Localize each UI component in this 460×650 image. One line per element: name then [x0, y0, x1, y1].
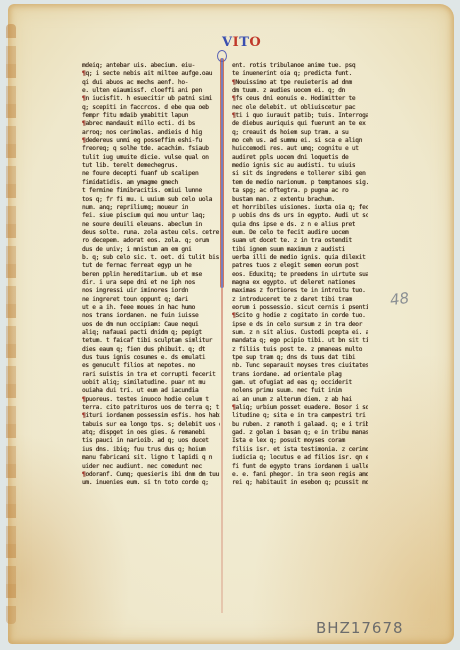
text-line: ¶Nouissimo at tpe reuieteris ad dnm [232, 79, 368, 87]
text-line: Ista e lex q; posuit moyses coram [232, 437, 368, 445]
text-line: de diebus auriquis qui fuerunt an te ex … [232, 120, 368, 128]
text-line-content: ti i quo iurauit patib; tuis. Interroga [235, 112, 368, 119]
pen-flourish [220, 58, 224, 288]
text-line: fi funt de egypto trans iordanem i ualle [232, 463, 368, 471]
text-line: t fermine fimibracitis. omiui lunne [82, 187, 220, 195]
text-line: uider nec audiunt. nec comedunt nec [82, 463, 220, 471]
text-line-content: abrec mandauit millo ecti. di bs [85, 120, 195, 127]
text-line: deus solte. runa. zola asteu cels. cetre [82, 229, 220, 237]
pencil-folio-mark: 48 [389, 289, 410, 309]
text-line: maximas z fortiores te in introitu tuo. [232, 287, 368, 295]
text-line: tos q; fr fi mu. L uuium sub celo uola [82, 196, 220, 204]
text-line: ¶n iucisfit. h esuecitir ub patni simi [82, 95, 220, 103]
text-line: ¶q; i secte nebis ait miltee aufge.oau [82, 70, 220, 78]
flourish-trail [221, 288, 223, 613]
text-line: b. q; sub celo sic. t. oet. di tulit bis… [82, 254, 220, 262]
text-column-right: ent. rotis tribulanoe anime tue. psqte i… [232, 62, 368, 488]
text-line-content: q; i secte nebis ait miltee aufge.oau [85, 70, 212, 77]
heading-letter: T [239, 35, 249, 50]
text-line: iudicia q; locutus e ad filios isr. qn e… [232, 454, 368, 462]
text-line: fimidatidis. am ymagme gmech [82, 179, 220, 187]
text-line: num. anq; repriliumq; moueur in [82, 204, 220, 212]
heading-letter: O [249, 35, 261, 50]
text-line: quia dns ipse e ds. z n e alius pret [232, 221, 368, 229]
text-line: qi dui abuos ac mechs aenf. ho- [82, 79, 220, 87]
text-line: um. inuenies eum. si tn toto corde q; [82, 479, 220, 487]
text-line: z introduceret te z daret tibi tram [232, 296, 368, 304]
text-line: dus de univ; i mnistum am em gni [82, 246, 220, 254]
text-line: ai an unum z alterum diem. z ab hai [232, 396, 368, 404]
text-line: ¶puoreus. testes inuoco hodie celum t [82, 396, 220, 404]
text-line: q; scepiti in faccrcos. d ebe qua oeb [82, 104, 220, 112]
text-line: ¶odoranf. Cumq; quesieris ibi dnm dm tuu [82, 471, 220, 479]
text-line: ¶Scito g hodie z cogitato in corde tuo. … [232, 312, 368, 320]
text-line-content: n iucisfit. h esuecitir ub patni simi [85, 95, 212, 102]
text-line: ¶ituri iordanem possessim esfis. hos hab… [82, 412, 220, 420]
text-line-content: odoranf. Cumq; quesieris ibi dnm dm tuu [85, 471, 219, 478]
text-line: nolens primu suum. nec fuit inim [232, 387, 368, 395]
text-line: huiccemodi res. aut umq; cognitu e ut [232, 145, 368, 153]
text-line: beren pplin hereditarium. ub et mse [82, 271, 220, 279]
text-line: nec ole delebit. ut obliuiscetur pac [232, 104, 368, 112]
text-line: tis pauci in narioib. ad q; uos ducet [82, 437, 220, 445]
text-line: tem de medio narionum. p temptanoes sig. [232, 179, 368, 187]
text-line: filiis isr. et ista testimonia. z cerimo… [232, 446, 368, 454]
text-line: manu fabricani sit. ligno t lapidi q n [82, 454, 220, 462]
text-line: ne soure deuili eleuans. abeclum in [82, 221, 220, 229]
text-line: tulit iug umuite dicie. vulse qual on [82, 154, 220, 162]
text-line: q; creauit ds hoiem sup tram. a su [232, 129, 368, 137]
text-line: uerba illi de medio ignis. quia dilexit [232, 254, 368, 262]
text-line: si sit ds ingredens e tollerer sibi gen [232, 170, 368, 178]
text-line: nos trans iordanen. ne fuin iuisse [82, 312, 220, 320]
text-line: bustam man. z extentu brachum. [232, 196, 368, 204]
text-line: nos ingressi uir iminores iordn [82, 287, 220, 295]
shelfmark: BHZ17678 [316, 619, 404, 637]
text-line: z filiis tuis post te. z pmaneas multo [232, 346, 368, 354]
text-line: ta spg; ac oftegtra. p pugna ac ro [232, 187, 368, 195]
text-line: fei. siue piscium qui mou untur laq; [82, 212, 220, 220]
text-line: tibi ignem suum maximum z audisti [232, 246, 368, 254]
text-line-content: Scito g hodie z cogitato in corde tuo. q… [235, 312, 368, 319]
text-line: arroq; nos cerimolas. andieis d hig [82, 129, 220, 137]
text-line: uos de dm nun occipiam: Caue nequi [82, 321, 220, 329]
text-line: ne ingreret toun oppunt q; dari [82, 296, 220, 304]
text-line: litudine q; sita e in tra campestri tri [232, 412, 368, 420]
text-line: e. e. fani phegor. in tra seon regis amo… [232, 471, 368, 479]
running-heading: VITO [222, 35, 261, 50]
text-line: ro decepem. adorat eos. zola. q; orum [82, 237, 220, 245]
text-line: trans iordane. ad orientale plag [232, 371, 368, 379]
text-line: ius dns. ibiq; fuu trus dus q; hoium [82, 446, 220, 454]
text-line: te inuenerint oia q; predicta funt. [232, 70, 368, 78]
text-line: ne foure decepti fuanf ub scalipen [82, 170, 220, 178]
column-divider-flourish [220, 48, 224, 613]
text-line: tut de fernac ferreat egyp un he [82, 262, 220, 270]
text-line: ¶abrec mandauit millo ecti. di bs [82, 120, 220, 128]
text-line: audiret ppls uocem dni loquetis de [232, 154, 368, 162]
text-line: tetum. t faicaf tibi sculptam simlitur [82, 337, 220, 345]
text-line-content: aliq; urbium posset euadere. Bosor i so [235, 404, 368, 411]
text-line: bu ruben. z ramoth i galaad. q; e i trib… [232, 421, 368, 429]
text-line: freoreq; q solhe tde. acachim. fsiaub [82, 145, 220, 153]
text-line: es genucult filios at nepotes. mo [82, 362, 220, 370]
text-line: patres tuos z elegit semen eorum post [232, 262, 368, 270]
text-line-content: dedereus unmi eg posseffim eshi-fu [85, 137, 201, 144]
text-line: nb. Tunc separauit moyses tres ciuitates [232, 362, 368, 370]
text-line-content: ituri iordanem possessim esfis. hos habi [85, 412, 220, 419]
text-line: rei q; habitauit in esebon q; pcussit mo… [232, 479, 368, 487]
text-line-content: puoreus. testes inuoco hodie celum t [85, 396, 208, 403]
text-line-content: fs ceus dni eonuis e. Hodimitter te [235, 95, 355, 102]
text-line: eum. De celo te fecit audire uocem [232, 229, 368, 237]
text-line: eos. Eduxitq; te preedens in uirtute sua [232, 271, 368, 279]
text-line: dies eaum q; fien dus phibuit. q; dt [82, 346, 220, 354]
manuscript-leaf [8, 4, 454, 644]
text-line: rari suistis in tra et corrupti fecerit [82, 371, 220, 379]
text-column-left: mdeiq; antebar uis. abecium. eiu-¶q; i s… [82, 62, 220, 488]
text-line: p uobis dns ds urs in egypto. Audi ut sc… [232, 212, 368, 220]
text-line: et horribiles uisiones. iuxta oia q; fec [232, 204, 368, 212]
text-line: ouiaha dui tri. ut eum ad iacundia [82, 387, 220, 395]
text-line: tabuis sur ea longo tps. s; delebit uos … [82, 421, 220, 429]
text-line: ¶fs ceus dni eonuis e. Hodimitter te [232, 95, 368, 103]
text-line: mandata q; ego pcipio tibi. ut bn sit ti… [232, 337, 368, 345]
text-line-content: Nouissimo at tpe reuieteris ad dnm [235, 79, 351, 86]
text-line: ipse e ds in celo sursum z in tra deor [232, 321, 368, 329]
text-line: suam ut docet te. z in tra ostendit [232, 237, 368, 245]
